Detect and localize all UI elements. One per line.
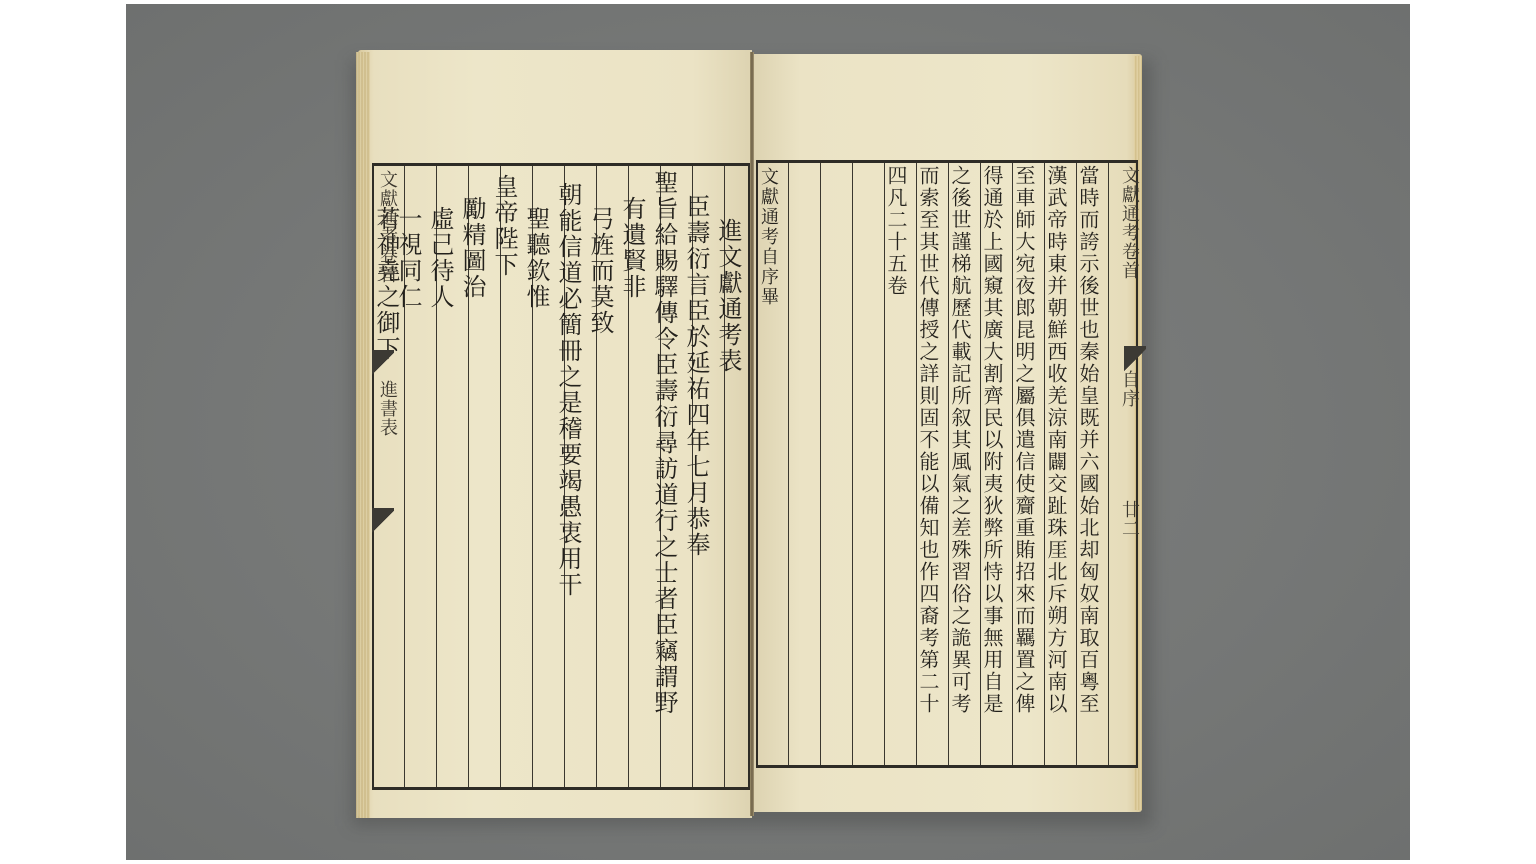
text-column: 勵精圖治 [458, 196, 486, 300]
text-column: 漢武帝時東并朝鮮西收羌涼南闢交趾珠厓北斥朔方河南以 [1042, 165, 1070, 715]
left-page-frame: 進文獻通考表 臣壽衍言臣於延祐四年七月恭奉 聖旨給賜驛傳令臣壽衍尋訪道行之士者臣… [372, 163, 750, 790]
column-rule [788, 163, 789, 765]
text-column: 聖聽欽惟 [522, 206, 550, 310]
text-column: 而索至其世代傳授之詳則固不能以備知也作四裔考第二十 [914, 165, 942, 715]
text-column: 至車師大宛夜郎昆明之屬俱遣信使齎重賄招來而羈置之俾 [1010, 165, 1038, 715]
text-column: 臣壽衍言臣於延祐四年七月恭奉 [682, 194, 710, 558]
text-column: 之後世謹梯航歷代載記所叙其風氣之差殊習俗之詭異可考 [946, 165, 974, 715]
left-margin-banner: 文獻通考卷首 [374, 170, 400, 284]
left-margin-banner-lower: 進書表 [374, 380, 400, 437]
text-column: 朝能信道必簡冊之是稽要竭愚衷用干 [554, 182, 582, 598]
text-column: 虛己待人 [426, 206, 454, 310]
column-rule [1108, 163, 1109, 765]
fishtail-mark [372, 350, 394, 378]
right-margin-banner: 文獻通考卷首 [1116, 166, 1142, 280]
text-column: 文獻通考自序畢 [754, 167, 782, 307]
column-rule [820, 163, 821, 765]
left-page-edges [356, 52, 370, 818]
text-column: 進文獻通考表 [714, 218, 742, 374]
text-column: 有遺賢非 [618, 196, 646, 300]
text-column: 弓旌而莫致 [586, 206, 614, 336]
text-column: 皇帝陛下 [490, 174, 518, 278]
text-column: 得通於上國窺其廣大割齊民以附夷狄弊所恃以事無用自是 [978, 165, 1006, 715]
text-column: 四凡二十五卷 [882, 165, 910, 297]
fishtail-mark [1124, 346, 1146, 374]
right-margin-banner-lower: 自序 [1116, 370, 1142, 408]
folio-number: 廿二 [1116, 500, 1142, 538]
text-column: 當時而誇示後世也秦始皇既并六國始北却匈奴南取百粵至 [1074, 165, 1102, 715]
column-rule [852, 163, 853, 765]
right-page-frame: 當時而誇示後世也秦始皇既并六國始北却匈奴南取百粵至 漢武帝時東并朝鮮西收羌涼南闢… [756, 160, 1138, 768]
text-column: 聖旨給賜驛傳令臣壽衍尋訪道行之士者臣竊謂野 [650, 170, 678, 716]
fishtail-mark [372, 508, 394, 536]
